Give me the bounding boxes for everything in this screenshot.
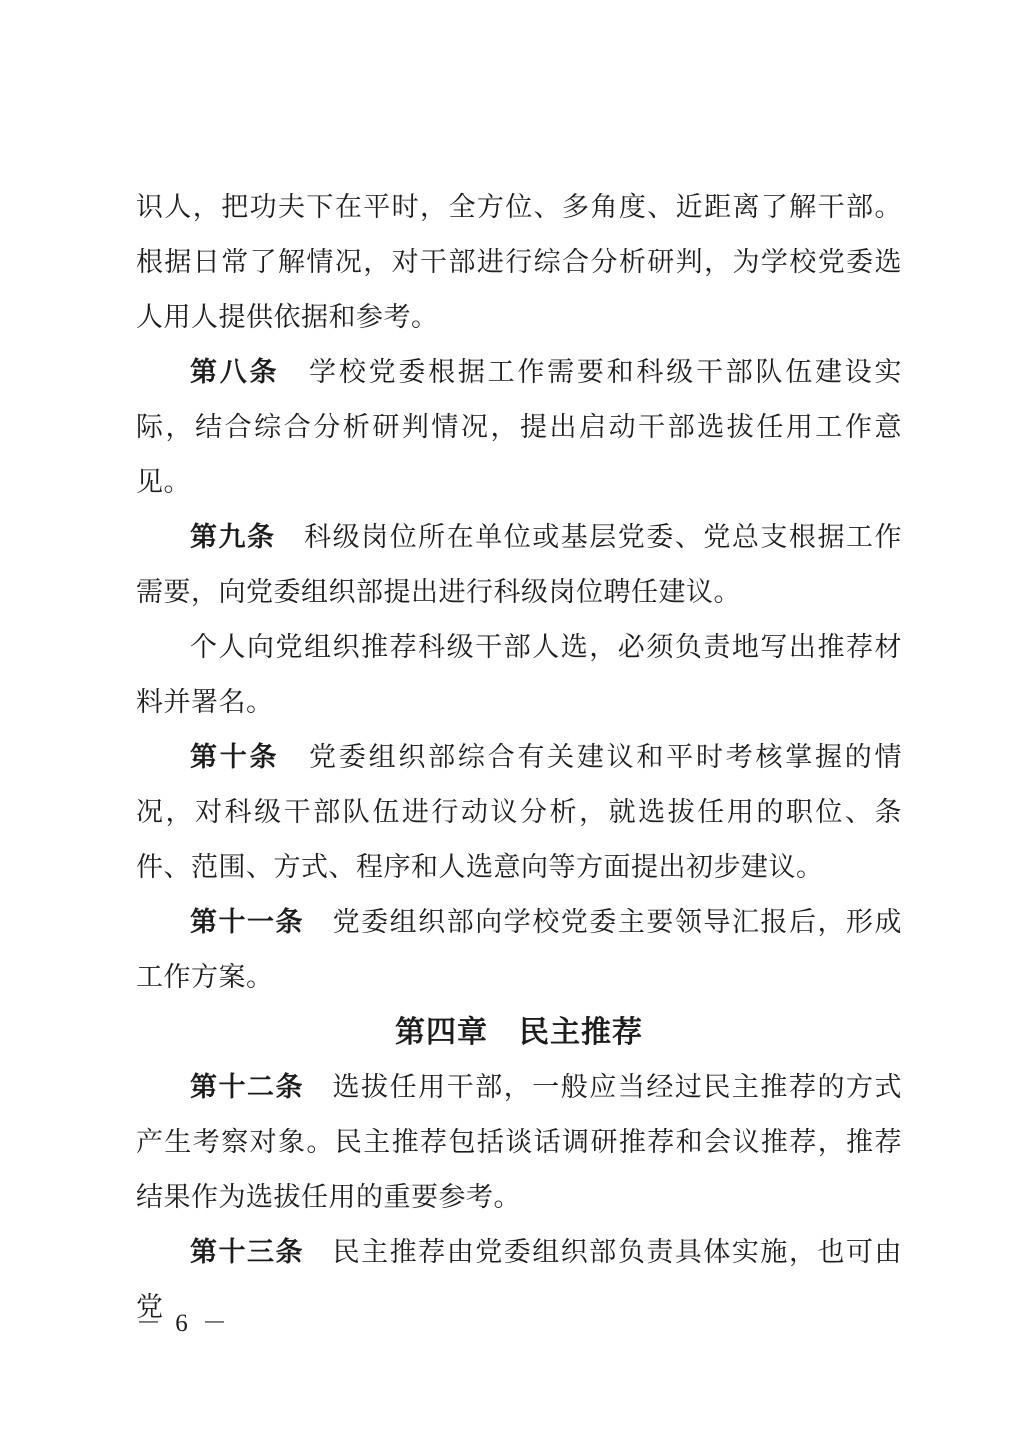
article-number: 第十三条 (190, 1237, 304, 1267)
page-number: － 6 － (136, 1303, 231, 1339)
chapter-heading: 第四章 民主推荐 (136, 1005, 902, 1060)
article-number: 第十一条 (190, 907, 304, 937)
article-number: 第九条 (190, 522, 276, 552)
article-number: 第十二条 (190, 1072, 304, 1102)
paragraph-text: 个人向党组织推荐科级干部人选，必须负责地写出推荐材料并署名。 (136, 632, 902, 717)
paragraph-article-11: 第十一条 党委组织部向学校党委主要领导汇报后，形成工作方案。 (136, 895, 902, 1005)
paragraph-text: 识人，把功夫下在平时，全方位、多角度、近距离了解干部。根据日常了解情况，对干部进… (136, 192, 902, 332)
paragraph-article-10: 第十条 党委组织部综合有关建议和平时考核掌握的情况，对科级干部队伍进行动议分析，… (136, 730, 902, 895)
document-body: 识人，把功夫下在平时，全方位、多角度、近距离了解干部。根据日常了解情况，对干部进… (136, 180, 902, 1335)
paragraph-article-8: 第八条 学校党委根据工作需要和科级干部队伍建设实际，结合综合分析研判情况，提出启… (136, 345, 902, 510)
article-number: 第八条 (190, 357, 279, 387)
paragraph-personal-recommendation: 个人向党组织推荐科级干部人选，必须负责地写出推荐材料并署名。 (136, 620, 902, 730)
paragraph-continuation: 识人，把功夫下在平时，全方位、多角度、近距离了解干部。根据日常了解情况，对干部进… (136, 180, 902, 345)
paragraph-article-12: 第十二条 选拔任用干部，一般应当经过民主推荐的方式产生考察对象。民主推荐包括谈话… (136, 1060, 902, 1225)
paragraph-article-13: 第十三条 民主推荐由党委组织部负责具体实施，也可由党 (136, 1225, 902, 1335)
article-number: 第十条 (190, 742, 279, 772)
paragraph-article-9: 第九条 科级岗位所在单位或基层党委、党总支根据工作需要，向党委组织部提出进行科级… (136, 510, 902, 620)
document-page: 识人，把功夫下在平时，全方位、多角度、近距离了解干部。根据日常了解情况，对干部进… (0, 0, 1024, 1448)
